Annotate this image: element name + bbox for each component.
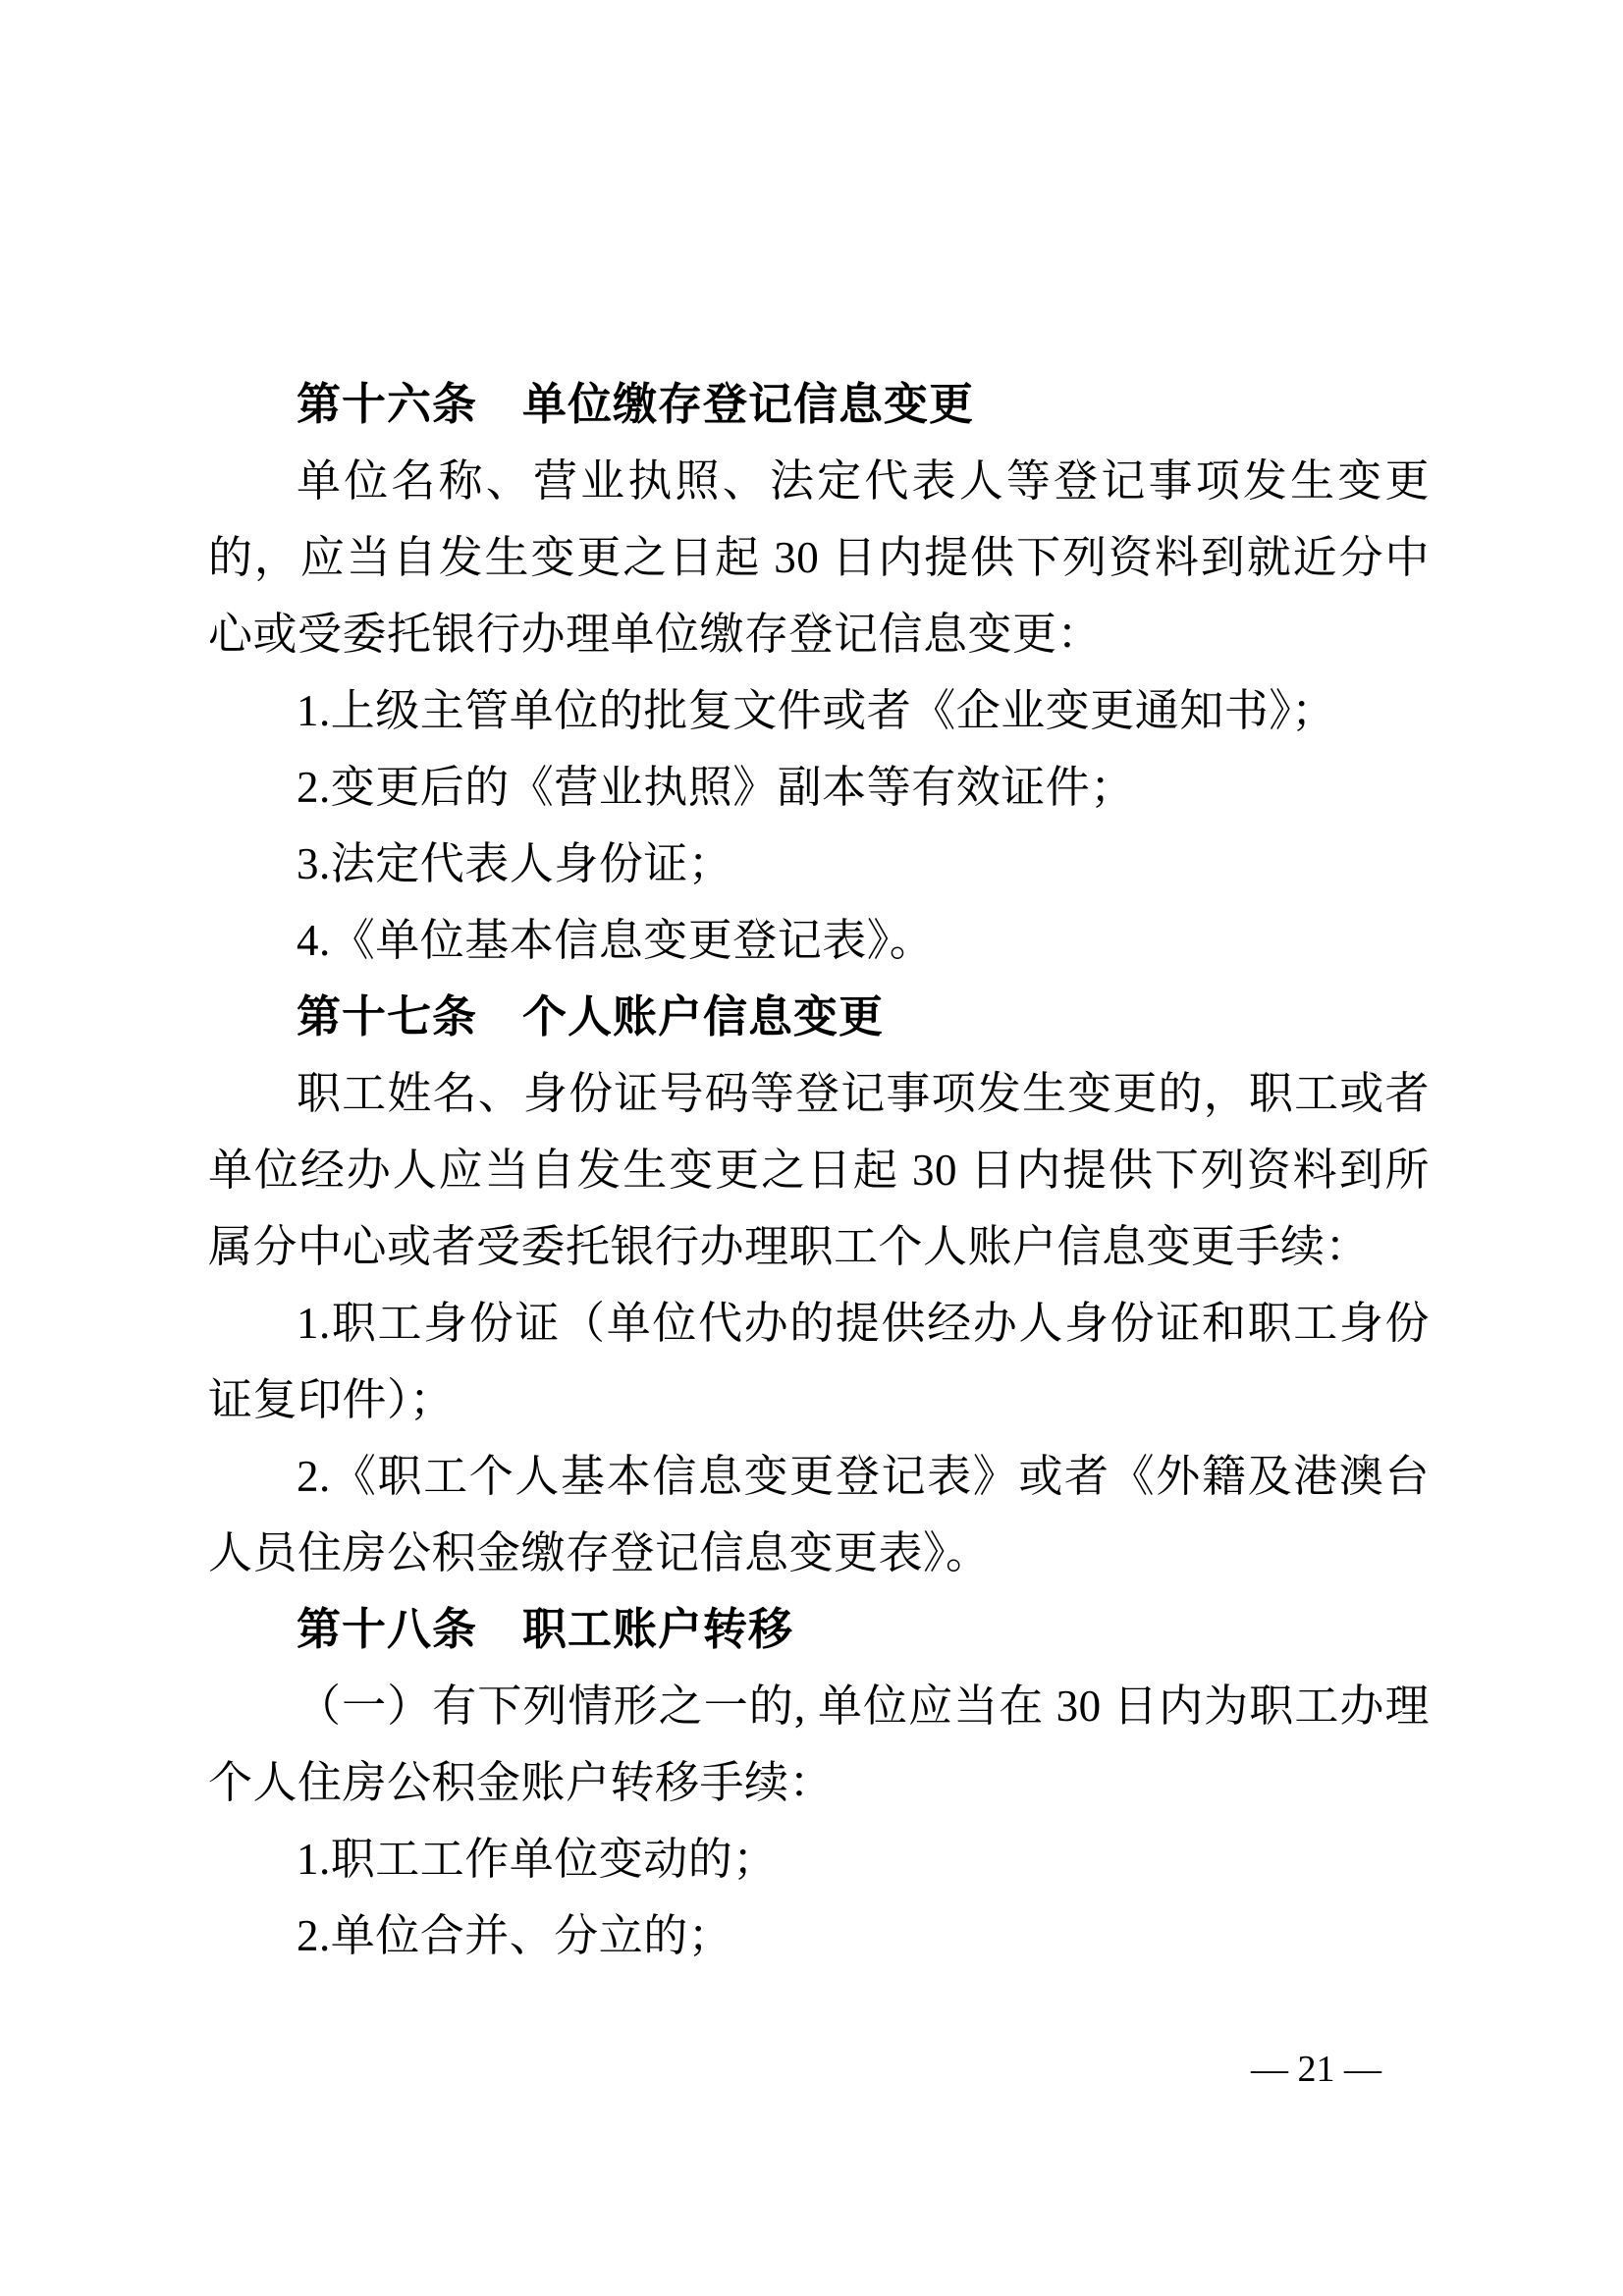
section-heading-article-16: 第十六条 单位缴存登记信息变更 bbox=[208, 366, 1430, 443]
paragraph: 职工姓名、身份证号码等登记事项发生变更的，职工或者单位经办人应当自发生变更之日起… bbox=[208, 1055, 1430, 1285]
paragraph: 单位名称、营业执照、法定代表人等登记事项发生变更的，应当自发生变更之日起 30 … bbox=[208, 443, 1430, 672]
section-heading-article-18: 第十八条 职工账户转移 bbox=[208, 1591, 1430, 1668]
paragraph: （一）有下列情形之一的, 单位应当在 30 日内为职工办理个人住房公积金账户转移… bbox=[208, 1668, 1430, 1821]
list-item: 4.《单位基本信息变更登记表》。 bbox=[208, 902, 1430, 979]
document-content: 第十六条 单位缴存登记信息变更 单位名称、营业执照、法定代表人等登记事项发生变更… bbox=[208, 366, 1430, 1974]
list-item: 3.法定代表人身份证； bbox=[208, 826, 1430, 902]
list-item: 1.上级主管单位的批复文件或者《企业变更通知书》； bbox=[208, 672, 1430, 749]
list-item: 1.职工身份证（单位代办的提供经办人身份证和职工身份证复印件）； bbox=[208, 1285, 1430, 1438]
list-item: 2.单位合并、分立的； bbox=[208, 1897, 1430, 1974]
section-heading-article-17: 第十七条 个人账户信息变更 bbox=[208, 979, 1430, 1055]
document-page: 第十六条 单位缴存登记信息变更 单位名称、营业执照、法定代表人等登记事项发生变更… bbox=[0, 0, 1623, 2296]
list-item: 2.变更后的《营业执照》副本等有效证件； bbox=[208, 749, 1430, 826]
page-number: — 21 — bbox=[1251, 2043, 1381, 2096]
list-item: 1.职工工作单位变动的； bbox=[208, 1821, 1430, 1897]
list-item: 2.《职工个人基本信息变更登记表》或者《外籍及港澳台人员住房公积金缴存登记信息变… bbox=[208, 1438, 1430, 1591]
